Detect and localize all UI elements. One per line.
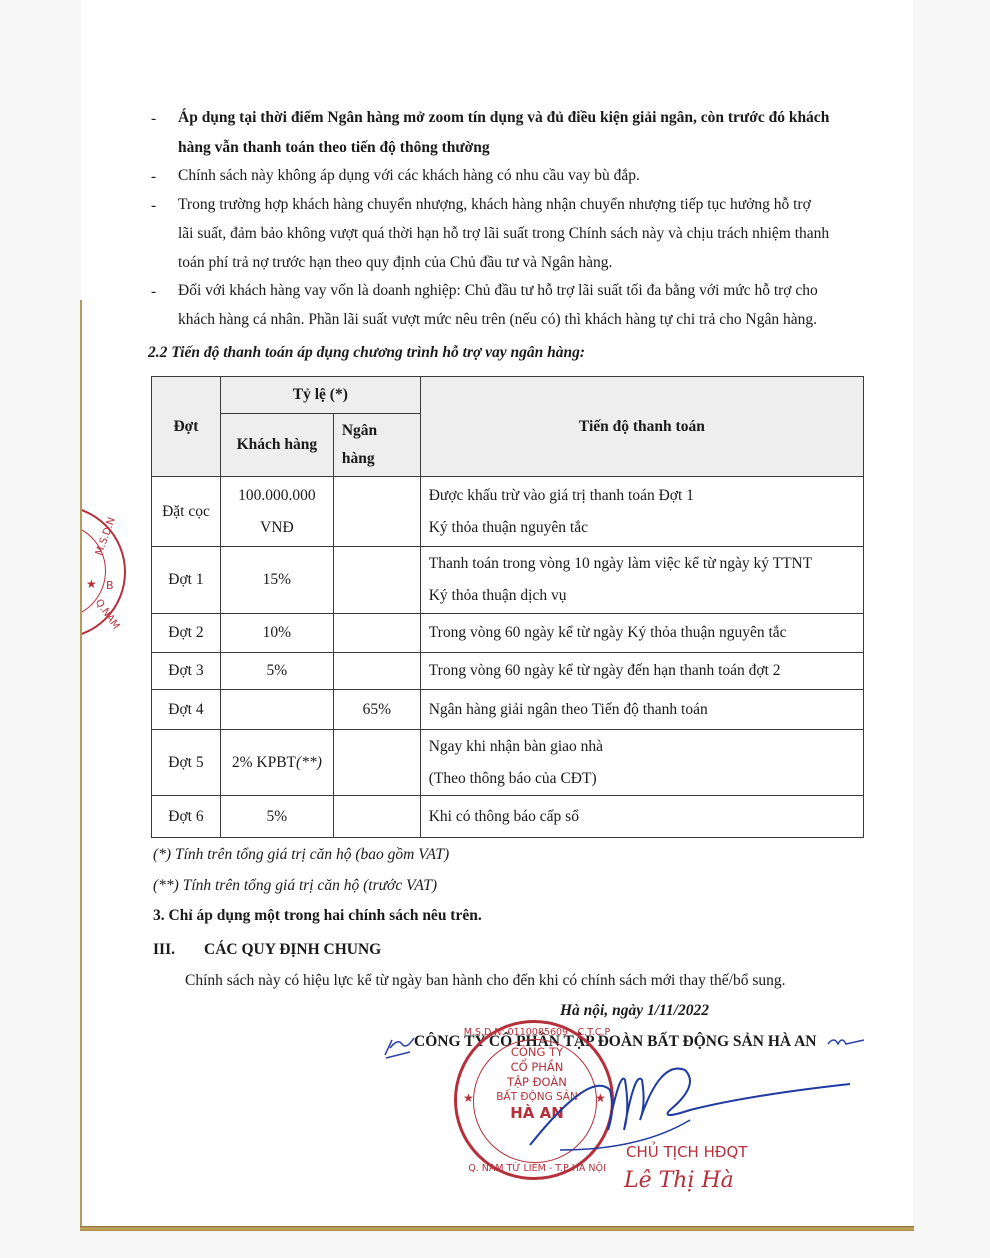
signer-title: CHỦ TỊCH HĐQT <box>626 1142 747 1162</box>
cell-ngan-hang <box>333 653 420 690</box>
cell-khach-hang: 10% <box>220 614 333 653</box>
cell-ngan-hang <box>333 730 420 796</box>
place-date: Hà nội, ngày 1/11/2022 <box>560 1001 709 1021</box>
bullet-4-line-2: khách hàng cá nhân. Phần lãi suất vượt m… <box>178 310 817 330</box>
star-icon: ★ <box>463 1091 474 1106</box>
cell-ngan-hang: 65% <box>333 690 420 730</box>
header-dot: Đợt <box>152 377 221 477</box>
cell-ngan-hang <box>333 796 420 838</box>
side-stamp-partial: M.S.D.N ★ B Q.NAM <box>82 505 152 635</box>
cell-tien-do: Được khấu trừ vào giá trị thanh toán Đợt… <box>420 477 863 547</box>
cell-dot: Đợt 4 <box>152 690 221 730</box>
section-2-2-heading: 2.2 Tiến độ thanh toán áp dụng chương tr… <box>148 343 585 363</box>
star-icon: ★ <box>86 577 97 592</box>
table-row: Đợt 35%Trong vòng 60 ngày kể từ ngày đến… <box>152 653 864 690</box>
section-III-number: III. <box>153 940 175 960</box>
section-3: 3. Chỉ áp dụng một trong hai chính sách … <box>153 906 482 926</box>
note-2: (**) Tính trên tổng giá trị căn hộ (trướ… <box>153 876 437 896</box>
cell-tien-do: Ngân hàng giải ngân theo Tiến độ thanh t… <box>420 690 863 730</box>
cell-khach-hang: 5% <box>220 653 333 690</box>
cell-khach-hang: 5% <box>220 796 333 838</box>
cell-ngan-hang <box>333 614 420 653</box>
cell-tien-do: Ngay khi nhận bàn giao nhà(Theo thông bá… <box>420 730 863 796</box>
cell-khach-hang <box>220 690 333 730</box>
header-khach-hang: Khách hàng <box>220 414 333 477</box>
table-row: Đợt 465%Ngân hàng giải ngân theo Tiến độ… <box>152 690 864 730</box>
section-III-title: CÁC QUY ĐỊNH CHUNG <box>204 940 381 960</box>
note-1: (*) Tính trên tổng giá trị căn hộ (bao g… <box>153 845 449 865</box>
cell-dot: Đợt 2 <box>152 614 221 653</box>
header-ty-le: Tỷ lệ (*) <box>220 377 420 414</box>
cell-dot: Đợt 1 <box>152 547 221 614</box>
cell-dot: Đợt 3 <box>152 653 221 690</box>
cell-khach-hang: 100.000.000VNĐ <box>220 477 333 547</box>
payment-schedule-table: Đợt Tỷ lệ (*) Tiến độ thanh toán Khách h… <box>151 376 864 838</box>
bullet-3-line-1: Trong trường hợp khách hàng chuyển nhượn… <box>178 195 811 215</box>
cell-tien-do: Thanh toán trong vòng 10 ngày làm việc k… <box>420 547 863 614</box>
general-text: Chính sách này có hiệu lực kể từ ngày ba… <box>185 971 786 991</box>
cell-dot: Đợt 5 <box>152 730 221 796</box>
signer-name: Lê Thị Hà <box>624 1167 734 1195</box>
cell-ngan-hang <box>333 477 420 547</box>
cell-dot: Đặt cọc <box>152 477 221 547</box>
cell-tien-do: Trong vòng 60 ngày kể từ ngày Ký thỏa th… <box>420 614 863 653</box>
page-edge-bottom <box>80 1226 914 1231</box>
table-row: Đợt 210%Trong vòng 60 ngày kể từ ngày Ký… <box>152 614 864 653</box>
table-row: Đặt cọc100.000.000VNĐĐược khấu trừ vào g… <box>152 477 864 547</box>
cell-khach-hang: 15% <box>220 547 333 614</box>
table-row: Đợt 52% KPBT(**)Ngay khi nhận bàn giao n… <box>152 730 864 796</box>
initials-scribble-icon <box>380 1030 420 1060</box>
table-row: Đợt 65%Khi có thông báo cấp sổ <box>152 796 864 838</box>
initials-scribble-icon <box>826 1034 866 1050</box>
cell-khach-hang: 2% KPBT(**) <box>220 730 333 796</box>
header-ngan-hang: Ngân hàng <box>333 414 420 477</box>
cell-tien-do: Khi có thông báo cấp sổ <box>420 796 863 838</box>
bullet-3-line-3: toán phí trả nợ trước hạn theo quy định … <box>178 253 612 273</box>
cell-tien-do: Trong vòng 60 ngày kể từ ngày đến hạn th… <box>420 653 863 690</box>
header-tien-do: Tiến độ thanh toán <box>420 377 863 477</box>
bullet-2-line-1: Chính sách này không áp dụng với các khá… <box>178 166 640 186</box>
cell-dot: Đợt 6 <box>152 796 221 838</box>
bullet-4-line-1: Đối với khách hàng vay vốn là doanh nghi… <box>178 281 818 301</box>
bullet-1-line-2: hàng vẫn thanh toán theo tiến độ thông t… <box>178 138 490 158</box>
page-edge-left <box>80 300 82 1230</box>
cell-ngan-hang <box>333 547 420 614</box>
table-row: Đợt 115%Thanh toán trong vòng 10 ngày là… <box>152 547 864 614</box>
bullet-3-line-2: lãi suất, đảm bảo không vượt quá thời hạ… <box>178 224 829 244</box>
bullet-1-line-1: Áp dụng tại thời điểm Ngân hàng mở zoom … <box>178 108 829 128</box>
